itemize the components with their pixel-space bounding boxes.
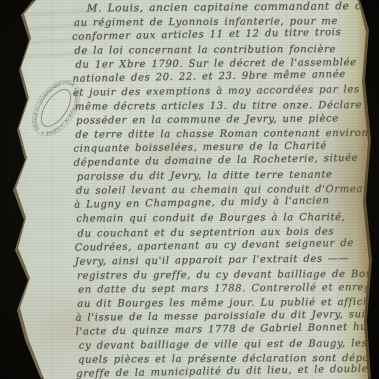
manuscript-line: M. Louis, ancien capitaine commandant de… [87, 0, 363, 14]
manuscript-line: nationale des 20. 22. et 23. 9bre même a… [73, 69, 361, 85]
handwritten-text-block: M. Louis, ancien capitaine commandant de… [72, 0, 365, 379]
manuscript-line: dépendante du domaine de la Rocheterie, … [74, 153, 362, 169]
manuscript-line: Coudrées, apartenant au cy devant seigne… [75, 237, 363, 253]
scanned-manuscript-photo: DÉLÉGUÉ DU GOUVERNEMENT POUR ✦ BIBLIOTHÈ… [0, 0, 379, 379]
manuscript-line: posséder en la commune de Jevry, une piè… [76, 113, 364, 127]
manuscript-line: registres du greffe, du cy devant bailli… [77, 269, 365, 282]
manuscript-line: à Lugny en Champagne, du midy à l'ancien [74, 195, 362, 211]
manuscript-line: l'acte du quinze mars 1778 de Gabriel Bo… [76, 321, 364, 337]
manuscript-line: conformer aux articles 11 et 12 du titre… [72, 27, 360, 43]
manuscript-line: de la loi concernant la contribution fon… [74, 44, 362, 57]
manuscript-line: à l'issue de la messe paroissiale du dit… [75, 309, 363, 324]
manuscript-line: chemain qui conduit de Bourges à la Char… [76, 212, 364, 225]
manuscript-line: même décrets articles 13. du titre onze.… [75, 100, 363, 113]
manuscript-line: Jevry, ainsi qu'il apparoit par l'extrai… [75, 253, 363, 268]
manuscript-line: et jouir des exemptions à moy accordées … [73, 84, 361, 99]
manuscript-line: en datte du sept mars 1788. Contrerollé … [78, 282, 366, 296]
manuscript-line: de terre ditte la chasse Roman contenant… [75, 128, 363, 141]
manuscript-line: du couchant et du septentrion aux bois d… [77, 226, 365, 240]
manuscript-page: DÉLÉGUÉ DU GOUVERNEMENT POUR ✦ BIBLIOTHÈ… [0, 0, 379, 379]
manuscript-line: au dit Bourges les même jour. Lu publié … [77, 297, 365, 310]
manuscript-line: cy devant bailliage de ville qui est de … [79, 338, 367, 352]
manuscript-line: paroisse du dit Jevry, la ditte terre te… [77, 170, 365, 184]
manuscript-line: greffe de la municipalité du dit lieu, e… [76, 364, 364, 379]
